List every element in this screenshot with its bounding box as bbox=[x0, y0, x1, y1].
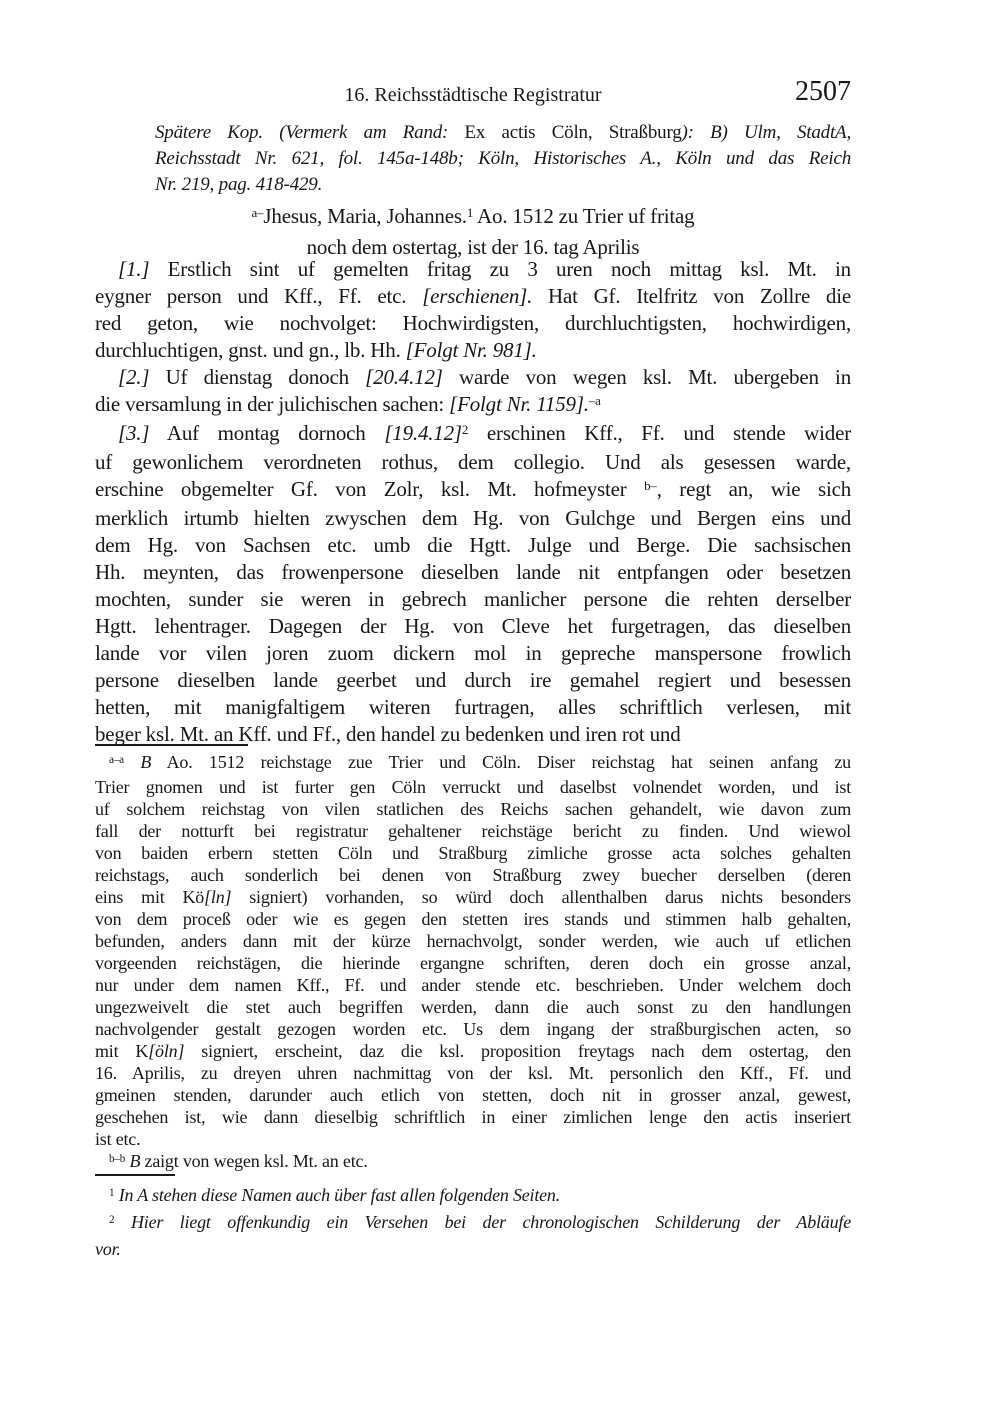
text-segment: Uf dienstag donoch bbox=[149, 365, 365, 389]
text-segment: Trier gnomen und ist furter gen Cöln ver… bbox=[95, 777, 851, 797]
book-page: 16. Reichsstädtische Registratur 2507 Sp… bbox=[95, 0, 851, 1418]
text-line: eygner person und Kff., Ff. etc. [erschi… bbox=[95, 283, 851, 310]
text-line: 16. Aprilis, zu dreyen uhren nachmittag … bbox=[95, 1062, 851, 1084]
source-note: Spätere Kop. (Vermerk am Rand: Ex actis … bbox=[155, 120, 851, 198]
main-text: [1.] Erstlich sint uf gemelten fritag zu… bbox=[95, 256, 851, 748]
text-line: befunden, anders dann mit der kürze hern… bbox=[95, 930, 851, 952]
text-segment: 16. Aprilis, zu dreyen uhren nachmittag … bbox=[95, 1063, 851, 1083]
text-segment: Spätere Kop. (Vermerk am Rand: bbox=[155, 122, 465, 143]
footnote-marker: 1 bbox=[467, 205, 473, 220]
text-line: Reichsstadt Nr. 621, fol. 145a-148b; Köl… bbox=[155, 146, 851, 172]
number-footnotes: 1 In A stehen diese Namen auch über fast… bbox=[95, 1183, 851, 1261]
text-line: [3.] Auf montag dornoch [19.4.12]2 ersch… bbox=[95, 420, 851, 449]
text-segment: [1.] bbox=[118, 257, 149, 281]
text-line: Hgtt. lehentrager. Dagegen der Hg. von C… bbox=[95, 613, 851, 640]
text-segment: [20.4.12] bbox=[365, 365, 443, 389]
text-line: 1 In A stehen diese Namen auch über fast… bbox=[95, 1183, 851, 1210]
text-segment: signiert) vorhanden, so würd doch allent… bbox=[231, 887, 851, 907]
text-line: von dem proceß oder wie es gegen den ste… bbox=[95, 908, 851, 930]
text-segment: mochten, sunder sie weren in gebrech man… bbox=[95, 587, 851, 611]
text-segment: erschine obgemelter Gf. von Zolr, ksl. M… bbox=[95, 477, 644, 501]
footnote-marker: a– bbox=[252, 205, 264, 220]
text-line: a–Jhesus, Maria, Johannes.1 Ao. 1512 zu … bbox=[95, 202, 851, 233]
text-segment: Nr. 219, pag. 418-429. bbox=[155, 174, 322, 195]
text-segment: merklich irtumb hielten zwyschen dem Hg.… bbox=[95, 506, 851, 530]
text-line: erschine obgemelter Gf. von Zolr, ksl. M… bbox=[95, 476, 851, 505]
text-line: mochten, sunder sie weren in gebrech man… bbox=[95, 586, 851, 613]
text-line: nachvolgender gestalt gezogen worden etc… bbox=[95, 1018, 851, 1040]
text-line: uf solchem reichstag von vilen statliche… bbox=[95, 798, 851, 820]
footnote-separator-2 bbox=[95, 1174, 175, 1176]
text-line: ist etc. bbox=[95, 1128, 851, 1150]
text-line: persone dieselben lande geerbet und durc… bbox=[95, 667, 851, 694]
text-line: vor. bbox=[95, 1237, 851, 1261]
text-line: die versamlung in der julichischen sache… bbox=[95, 391, 851, 420]
text-line: [2.] Uf dienstag donoch [20.4.12] warde … bbox=[95, 364, 851, 391]
text-segment bbox=[124, 752, 140, 772]
text-line: dem Hg. von Sachsen etc. umb die Hgtt. J… bbox=[95, 532, 851, 559]
text-segment: persone dieselben lande geerbet und durc… bbox=[95, 668, 851, 692]
page-number: 2507 bbox=[795, 78, 851, 106]
text-segment: reichstags, auch sonderlich bei denen vo… bbox=[95, 865, 851, 885]
text-segment: [ln] bbox=[204, 887, 231, 907]
text-segment: hetten, mit manigfaltigem witeren furtra… bbox=[95, 695, 851, 719]
text-segment: eins mit Kö bbox=[95, 887, 204, 907]
text-segment: dem Hg. von Sachsen etc. umb die Hgtt. J… bbox=[95, 533, 851, 557]
text-segment: die versamlung in der julichischen sache… bbox=[95, 392, 449, 416]
footnote-marker: b–b bbox=[109, 1153, 125, 1165]
text-segment: fall der notturft bei registratur gehalt… bbox=[95, 821, 851, 841]
section-title: 16. Reichsstädtische Registratur bbox=[95, 85, 851, 105]
text-segment: zaigt von wegen ksl. Mt. an etc. bbox=[140, 1151, 367, 1171]
footnote-marker: b– bbox=[644, 478, 657, 493]
text-segment: Erstlich sint uf gemelten fritag zu 3 ur… bbox=[149, 257, 851, 281]
text-segment: uf solchem reichstag von vilen statliche… bbox=[95, 799, 851, 819]
text-segment: [erschienen]. bbox=[422, 284, 532, 308]
text-segment: Hgtt. lehentrager. Dagegen der Hg. von C… bbox=[95, 614, 851, 638]
text-segment: Hh. meynten, das frowenpersone dieselben… bbox=[95, 560, 851, 584]
text-line: vorgeenden reichstägen, die hierinde erg… bbox=[95, 952, 851, 974]
text-line: reichstags, auch sonderlich bei denen vo… bbox=[95, 864, 851, 886]
text-line: Nr. 219, pag. 418-429. bbox=[155, 172, 851, 198]
text-segment: vor. bbox=[95, 1239, 121, 1259]
text-line: durchluchtigen, gnst. und gn., lb. Hh. [… bbox=[95, 337, 851, 364]
text-segment: Jhesus, Maria, Johannes. bbox=[263, 204, 466, 228]
text-segment: durchluchtigen, gnst. und gn., lb. Hh. bbox=[95, 338, 406, 362]
text-segment: In A stehen diese Namen auch über fast a… bbox=[114, 1185, 560, 1205]
text-segment: [Folgt Nr. 981]. bbox=[406, 338, 537, 362]
text-line: 2 Hier liegt offenkundig ein Versehen be… bbox=[95, 1210, 851, 1237]
text-segment: Ao. 1512 reichstage zue Trier und Cöln. … bbox=[151, 752, 851, 772]
text-segment: Reichsstadt Nr. 621, fol. 145a-148b; Köl… bbox=[155, 148, 851, 169]
text-segment: red geton, wie nochvolget: Hochwirdigste… bbox=[95, 311, 851, 335]
text-line: gmeinen stenden, darunder auch etlich vo… bbox=[95, 1084, 851, 1106]
text-segment: ist etc. bbox=[95, 1129, 140, 1149]
text-line: fall der notturft bei registratur gehalt… bbox=[95, 820, 851, 842]
text-line: nur under dem namen Kff., Ff. und ander … bbox=[95, 974, 851, 996]
text-segment: von dem proceß oder wie es gegen den ste… bbox=[95, 909, 851, 929]
footnote-marker: a–a bbox=[109, 754, 124, 766]
text-segment: [3.] bbox=[118, 421, 149, 445]
text-segment: nachvolgender gestalt gezogen worden etc… bbox=[95, 1019, 851, 1039]
text-line: merklich irtumb hielten zwyschen dem Hg.… bbox=[95, 505, 851, 532]
footnote-marker: –a bbox=[589, 393, 601, 408]
text-segment: gmeinen stenden, darunder auch etlich vo… bbox=[95, 1085, 851, 1105]
text-segment: mit K bbox=[95, 1041, 148, 1061]
footnote-marker: 2 bbox=[462, 422, 468, 437]
text-segment: eygner person und Kff., Ff. etc. bbox=[95, 284, 422, 308]
text-line: Spätere Kop. (Vermerk am Rand: Ex actis … bbox=[155, 120, 851, 146]
text-line: von baiden erbern stetten Cöln und Straß… bbox=[95, 842, 851, 864]
text-line: uf gewonlichem verordneten rothus, dem c… bbox=[95, 449, 851, 476]
text-segment: [öln] bbox=[148, 1041, 184, 1061]
text-line: mit K[öln] signiert, erscheint, daz die … bbox=[95, 1040, 851, 1062]
text-segment: Ex actis Cöln, Straßburg bbox=[465, 122, 682, 143]
text-line: ungezweivelt die stet auch begriffen wer… bbox=[95, 996, 851, 1018]
text-segment: Hier liegt offenkundig ein Versehen bei … bbox=[114, 1212, 851, 1232]
text-segment: erschinen Kff., Ff. und stende wider bbox=[468, 421, 851, 445]
text-segment: Ao. 1512 zu Trier uf fritag bbox=[473, 204, 694, 228]
text-segment: von baiden erbern stetten Cöln und Straß… bbox=[95, 843, 851, 863]
text-line: Trier gnomen und ist furter gen Cöln ver… bbox=[95, 776, 851, 798]
footnote-marker: 1 bbox=[109, 1187, 114, 1199]
text-segment: nur under dem namen Kff., Ff. und ander … bbox=[95, 975, 851, 995]
text-segment: ): B) Ulm, StadtA, bbox=[682, 122, 851, 143]
text-segment: signiert, erscheint, daz die ksl. propos… bbox=[184, 1041, 851, 1061]
text-segment: warde von wegen ksl. Mt. ubergeben in bbox=[443, 365, 851, 389]
running-head: 16. Reichsstädtische Registratur 2507 bbox=[95, 78, 851, 112]
text-segment: B bbox=[140, 752, 151, 772]
text-line: geschehen ist, wie dann dieselbig schrif… bbox=[95, 1106, 851, 1128]
text-segment: [Folgt Nr. 1159]. bbox=[449, 392, 589, 416]
footnote-separator bbox=[95, 744, 248, 746]
text-line: eins mit Kö[ln] signiert) vorhanden, so … bbox=[95, 886, 851, 908]
text-line: b–b B zaigt von wegen ksl. Mt. an etc. bbox=[95, 1150, 851, 1175]
text-line: lande vor vilen joren zuom dickern mol i… bbox=[95, 640, 851, 667]
text-line: a–a B Ao. 1512 reichstage zue Trier und … bbox=[95, 751, 851, 776]
text-line: red geton, wie nochvolget: Hochwirdigste… bbox=[95, 310, 851, 337]
text-segment: Auf montag dornoch bbox=[149, 421, 384, 445]
text-line: [1.] Erstlich sint uf gemelten fritag zu… bbox=[95, 256, 851, 283]
text-segment: B bbox=[129, 1151, 140, 1171]
text-segment: lande vor vilen joren zuom dickern mol i… bbox=[95, 641, 851, 665]
text-line: hetten, mit manigfaltigem witeren furtra… bbox=[95, 694, 851, 721]
text-segment: vorgeenden reichstägen, die hierinde erg… bbox=[95, 953, 851, 973]
text-segment: [2.] bbox=[118, 365, 149, 389]
text-line: Hh. meynten, das frowenpersone dieselben… bbox=[95, 559, 851, 586]
text-segment: Hat Gf. Itelfritz von Zollre die bbox=[532, 284, 851, 308]
text-segment: befunden, anders dann mit der kürze hern… bbox=[95, 931, 851, 951]
text-segment: , regt an, wie sich bbox=[657, 477, 851, 501]
document-heading: a–Jhesus, Maria, Johannes.1 Ao. 1512 zu … bbox=[95, 202, 851, 261]
text-segment: geschehen ist, wie dann dieselbig schrif… bbox=[95, 1107, 851, 1127]
text-segment: uf gewonlichem verordneten rothus, dem c… bbox=[95, 450, 851, 474]
footnote-marker: 2 bbox=[109, 1214, 114, 1226]
text-segment: beger ksl. Mt. an Kff. und Ff., den hand… bbox=[95, 722, 681, 746]
letter-footnotes: a–a B Ao. 1512 reichstage zue Trier und … bbox=[95, 751, 851, 1175]
text-segment: [19.4.12] bbox=[384, 421, 462, 445]
text-segment: ungezweivelt die stet auch begriffen wer… bbox=[95, 997, 851, 1017]
